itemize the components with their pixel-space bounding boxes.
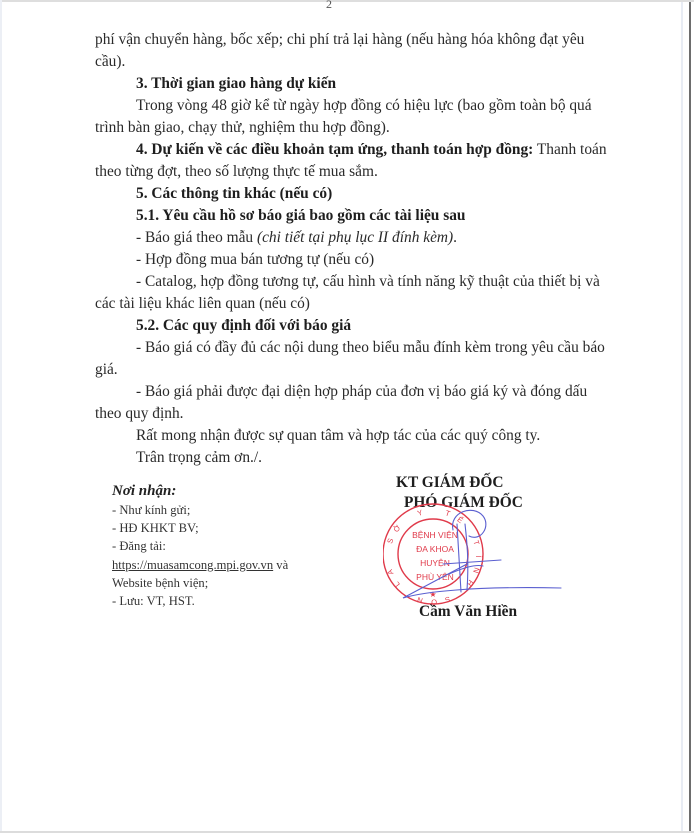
body-line: phí vận chuyển hàng, bốc xếp; chi phí tr… (95, 30, 584, 50)
svg-text:S: S (385, 537, 395, 545)
svg-text:T: T (471, 539, 481, 547)
recipients-block: Nơi nhận: - Như kính gửi; - HĐ KHKT BV; … (112, 481, 288, 610)
recipient-item: - HĐ KHKT BV; (112, 519, 288, 537)
section-5-1-item: các tài liệu khác liên quan (nếu có) (95, 294, 310, 314)
stamp-text: BỆNH VIỆN (412, 530, 458, 540)
section-5-1-item: - Hợp đồng mua bán tương tự (nếu có) (136, 250, 374, 270)
page-frame-bottom (0, 831, 694, 833)
section-4-paragraph: 4. Dự kiến về các điều khoản tạm ứng, th… (136, 140, 607, 160)
body-line: cầu). (95, 52, 125, 72)
svg-text:Y: Y (416, 508, 423, 518)
closing-line: Rất mong nhận được sự quan tâm và hợp tá… (136, 426, 540, 446)
closing-line: Trân trọng cảm ơn./. (136, 448, 262, 468)
svg-text:A: A (385, 568, 395, 576)
recipient-item: - Lưu: VT, HST. (112, 592, 288, 610)
section-3-heading: 3. Thời gian giao hàng dự kiến (136, 74, 336, 94)
svg-text:T: T (444, 508, 452, 518)
recipient-item: - Đăng tải: (112, 537, 288, 555)
recipients-title: Nơi nhận: (112, 481, 288, 501)
section-5-1-heading: 5.1. Yêu cầu hồ sơ báo giá bao gồm các t… (136, 206, 465, 226)
section-5-2-item: - Báo giá có đầy đủ các nội dung theo bi… (136, 338, 605, 358)
recipient-item: Website bệnh viện; (112, 574, 288, 592)
page-number: 2 (326, 0, 332, 12)
svg-text:N: N (471, 566, 481, 574)
section-3-text: Trong vòng 48 giờ kể từ ngày hợp đồng có… (136, 96, 592, 116)
svg-text:L: L (392, 580, 402, 589)
signer-name: Cầm Văn Hiền (419, 603, 517, 621)
page-frame-top (0, 0, 694, 2)
section-5-2-item: - Báo giá phải được đại diện hợp pháp củ… (136, 382, 587, 402)
section-5-1-item: - Báo giá theo mẫu (chi tiết tại phụ lục… (136, 228, 457, 248)
recipient-item: https://muasamcong.mpi.gov.vn và (112, 556, 288, 574)
section-4-text: Thanh toán (533, 141, 606, 158)
section-4-heading: 4. Dự kiến về các điều khoản tạm ứng, th… (136, 141, 533, 158)
stamp-text: HUYỆN (420, 558, 450, 568)
item-text: - Báo giá theo mẫu (136, 229, 257, 246)
section-3-text: trình bàn giao, chạy thử, nghiệm thu hợp… (95, 118, 390, 138)
item-italic-note: (chi tiết tại phụ lục II đính kèm) (257, 229, 453, 246)
signature-title: KT GIÁM ĐỐC (396, 474, 503, 492)
section-4-text: theo từng đợt, theo số lượng thực tế mua… (95, 162, 378, 182)
vertical-scrollbar-edge[interactable] (689, 2, 691, 831)
section-5-2-item: giá. (95, 360, 118, 380)
svg-text:H: H (465, 578, 475, 588)
page-frame-right-shadow (681, 2, 683, 831)
item-text: . (453, 229, 457, 246)
svg-text:Ỉ: Ỉ (474, 555, 483, 557)
recipient-item: - Như kính gửi; (112, 501, 288, 519)
section-5-heading: 5. Các thông tin khác (nếu có) (136, 184, 332, 204)
section-5-1-item: - Catalog, hợp đồng tương tự, cấu hình v… (136, 272, 600, 292)
svg-text:★: ★ (429, 590, 436, 599)
procurement-link[interactable]: https://muasamcong.mpi.gov.vn (112, 558, 273, 572)
stamp-text: ĐA KHOA (416, 544, 454, 554)
recipient-text: và (273, 558, 288, 572)
page-frame-left (0, 0, 2, 833)
section-5-2-item: theo quy định. (95, 404, 184, 424)
section-5-2-heading: 5.2. Các quy định đối với báo giá (136, 316, 351, 336)
